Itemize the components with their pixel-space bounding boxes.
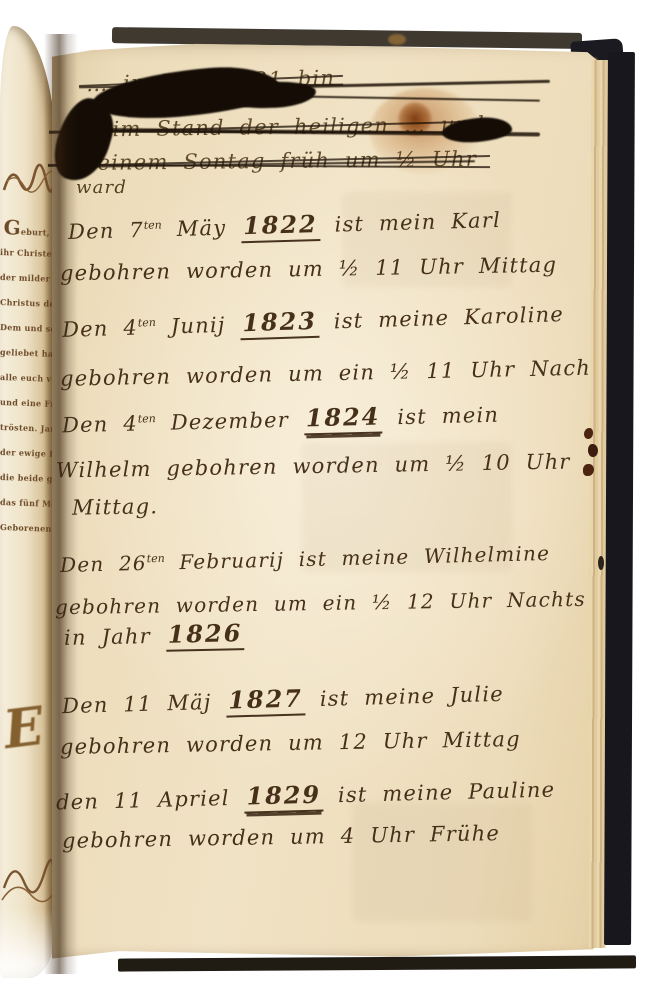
year-1826: 1826 [165,619,244,652]
ordinal-superscript: ten [147,552,165,565]
ordinal-superscript: ten [138,316,156,330]
entry-1824-line-3: Mittag. [72,495,159,520]
entry-month: Mäj [152,690,227,716]
year-1824: 1824 [303,403,382,436]
show-through [352,802,532,922]
entry-text: ist mein [382,403,499,430]
entry-month: Apriel [143,786,245,813]
edge-speck [598,556,604,570]
entry-month: Dezember [156,407,304,435]
entry-month: Februarij [165,548,285,575]
entry-text: ist mein Karl [319,208,501,237]
entry-1826-line-3: in Jahr 1826 [64,620,245,650]
entry-text: in Jahr [64,624,166,650]
gutter-shadow [44,34,78,974]
binding-edge-right [604,52,635,945]
ornate-initial-letter: E [0,696,47,761]
year-1823: 1823 [240,307,320,340]
ordinal-superscript: ten [144,218,162,231]
page-stain-speck [388,34,406,45]
entry-day: Den 7 [68,218,144,244]
binding-edge-bottom [118,955,636,971]
year-1827: 1827 [226,684,305,717]
year-1829: 1829 [244,781,323,814]
entry-text: ist meine Julie [305,682,505,712]
photo-background: Geburt, ihr Christen der milder Christus… [0,0,660,1000]
trailing-word: ward [76,178,127,198]
ordinal-superscript: ten [138,412,156,425]
year-1822: 1822 [241,210,320,243]
entry-month: Mäy [162,215,242,241]
edge-ink-specks [582,428,599,486]
entry-month: Junij [156,312,241,339]
